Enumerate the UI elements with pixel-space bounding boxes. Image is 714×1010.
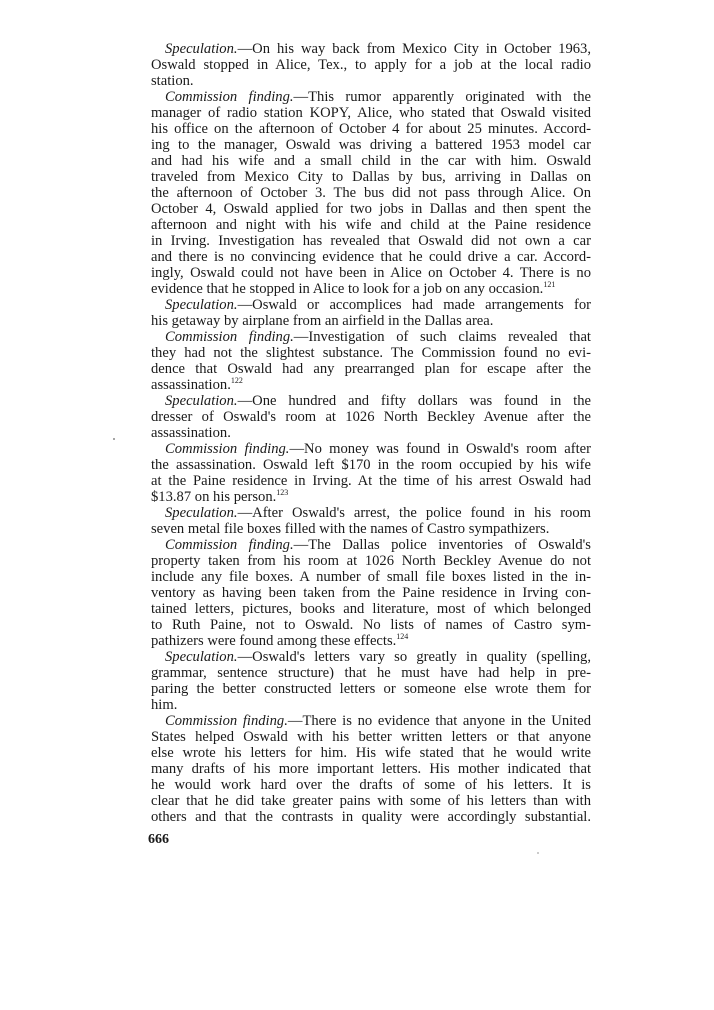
text-line: evidence that he stopped in Alice to loo…	[151, 281, 591, 297]
paragraph-lead: Commission finding.	[165, 713, 288, 729]
text-line: he would work hard over the drafts of so…	[151, 777, 591, 793]
paragraph-finding-alice: Commission finding.—This rumor apparentl…	[151, 89, 591, 297]
footnote-ref: 124	[396, 632, 408, 641]
paragraph-lead: Commission finding.	[165, 441, 289, 457]
paragraph-finding-letters: Commission finding.—There is no evidence…	[151, 713, 591, 825]
text-line: property taken from his room at 1026 Nor…	[151, 553, 591, 569]
paragraph-lead: Speculation.	[165, 649, 238, 665]
paragraph-lead: Commission finding.	[165, 537, 294, 553]
footnote-ref: 123	[276, 488, 288, 497]
text-line: afternoon and night with his wife and ch…	[151, 217, 591, 233]
paragraph-speculation-getaway: Speculation.—Oswald or accomplices had m…	[151, 297, 591, 329]
text-line: Speculation.—After Oswald's arrest, the …	[151, 505, 591, 521]
text-line: else wrote his letters for him. His wife…	[151, 745, 591, 761]
paragraph-speculation-money: Speculation.—One hundred and fifty dolla…	[151, 393, 591, 441]
text-line: Commission finding.—The Dallas police in…	[151, 537, 591, 553]
paragraph-lead: Speculation.	[165, 393, 238, 409]
text-line: include any file boxes. A number of smal…	[151, 569, 591, 585]
paragraph-finding-file-boxes: Commission finding.—The Dallas police in…	[151, 537, 591, 649]
text-line: the assassination. Oswald left $170 in t…	[151, 457, 591, 473]
text-line: others and that the contrasts in quality…	[151, 809, 591, 825]
text-line: ingly, Oswald could not have been in Ali…	[151, 265, 591, 281]
paragraph-lead: Commission finding.	[165, 89, 294, 105]
text-line: Speculation.—Oswald or accomplices had m…	[151, 297, 591, 313]
footnote-ref: 121	[543, 280, 555, 289]
text-line: $13.87 on his person.123	[151, 489, 591, 505]
text-line: assassination.	[151, 425, 591, 441]
paragraph-speculation-alice: Speculation.—On his way back from Mexico…	[151, 41, 591, 89]
paragraph-finding-money: Commission finding.—No money was found i…	[151, 441, 591, 505]
text-line: him.	[151, 697, 591, 713]
paragraph-finding-getaway: Commission finding.—Investigation of suc…	[151, 329, 591, 393]
text-line: paring the better constructed letters or…	[151, 681, 591, 697]
text-line: his getaway by airplane from an airfield…	[151, 313, 591, 329]
paragraph-speculation-letters: Speculation.—Oswald's letters vary so gr…	[151, 649, 591, 713]
scan-speck	[113, 438, 115, 440]
text-line: States helped Oswald with his better wri…	[151, 729, 591, 745]
paragraph-lead: Speculation.	[165, 41, 238, 57]
text-line: manager of radio station KOPY, Alice, wh…	[151, 105, 591, 121]
text-line: many drafts of his more important letter…	[151, 761, 591, 777]
paragraph-lead: Speculation.	[165, 505, 238, 521]
text-line: they had not the slightest substance. Th…	[151, 345, 591, 361]
text-line: and there is no convincing evidence that…	[151, 249, 591, 265]
text-line: to Ruth Paine, not to Oswald. No lists o…	[151, 617, 591, 633]
text-line: clear that he did take greater pains wit…	[151, 793, 591, 809]
text-line: Commission finding.—No money was found i…	[151, 441, 591, 457]
text-line: assassination.122	[151, 377, 591, 393]
footnote-ref: 122	[231, 376, 243, 385]
text-line: and had his wife and a small child in th…	[151, 153, 591, 169]
text-line: tained letters, pictures, books and lite…	[151, 601, 591, 617]
text-line: ventory as having been taken from the Pa…	[151, 585, 591, 601]
text-line: dence that Oswald had any prearranged pl…	[151, 361, 591, 377]
text-line: station.	[151, 73, 591, 89]
text-line: the afternoon of October 3. The bus did …	[151, 185, 591, 201]
text-line: Oswald stopped in Alice, Tex., to apply …	[151, 57, 591, 73]
text-line: Commission finding.—There is no evidence…	[151, 713, 591, 729]
text-line: October 4, Oswald applied for two jobs i…	[151, 201, 591, 217]
text-line: Commission finding.—This rumor apparentl…	[151, 89, 591, 105]
paragraph-lead: Commission finding.	[165, 329, 294, 345]
text-line: Commission finding.—Investigation of suc…	[151, 329, 591, 345]
text-line: grammar, sentence structure) that he mus…	[151, 665, 591, 681]
text-line: seven metal file boxes filled with the n…	[151, 521, 591, 537]
text-line: dresser of Oswald's room at 1026 North B…	[151, 409, 591, 425]
text-line: pathizers were found among these effects…	[151, 633, 591, 649]
text-line: Speculation.—Oswald's letters vary so gr…	[151, 649, 591, 665]
document-body: Speculation.—On his way back from Mexico…	[151, 41, 591, 825]
text-line: Speculation.—One hundred and fifty dolla…	[151, 393, 591, 409]
page-number: 666	[148, 832, 169, 848]
text-line: traveled from Mexico City to Dallas by b…	[151, 169, 591, 185]
paragraph-lead: Speculation.	[165, 297, 238, 313]
text-line: in Irving. Investigation has revealed th…	[151, 233, 591, 249]
text-line: Speculation.—On his way back from Mexico…	[151, 41, 591, 57]
paragraph-speculation-file-boxes: Speculation.—After Oswald's arrest, the …	[151, 505, 591, 537]
text-line: his office on the afternoon of October 4…	[151, 121, 591, 137]
text-line: at the Paine residence in Irving. At the…	[151, 473, 591, 489]
text-line: ing to the manager, Oswald was driving a…	[151, 137, 591, 153]
scan-speck	[537, 852, 539, 854]
